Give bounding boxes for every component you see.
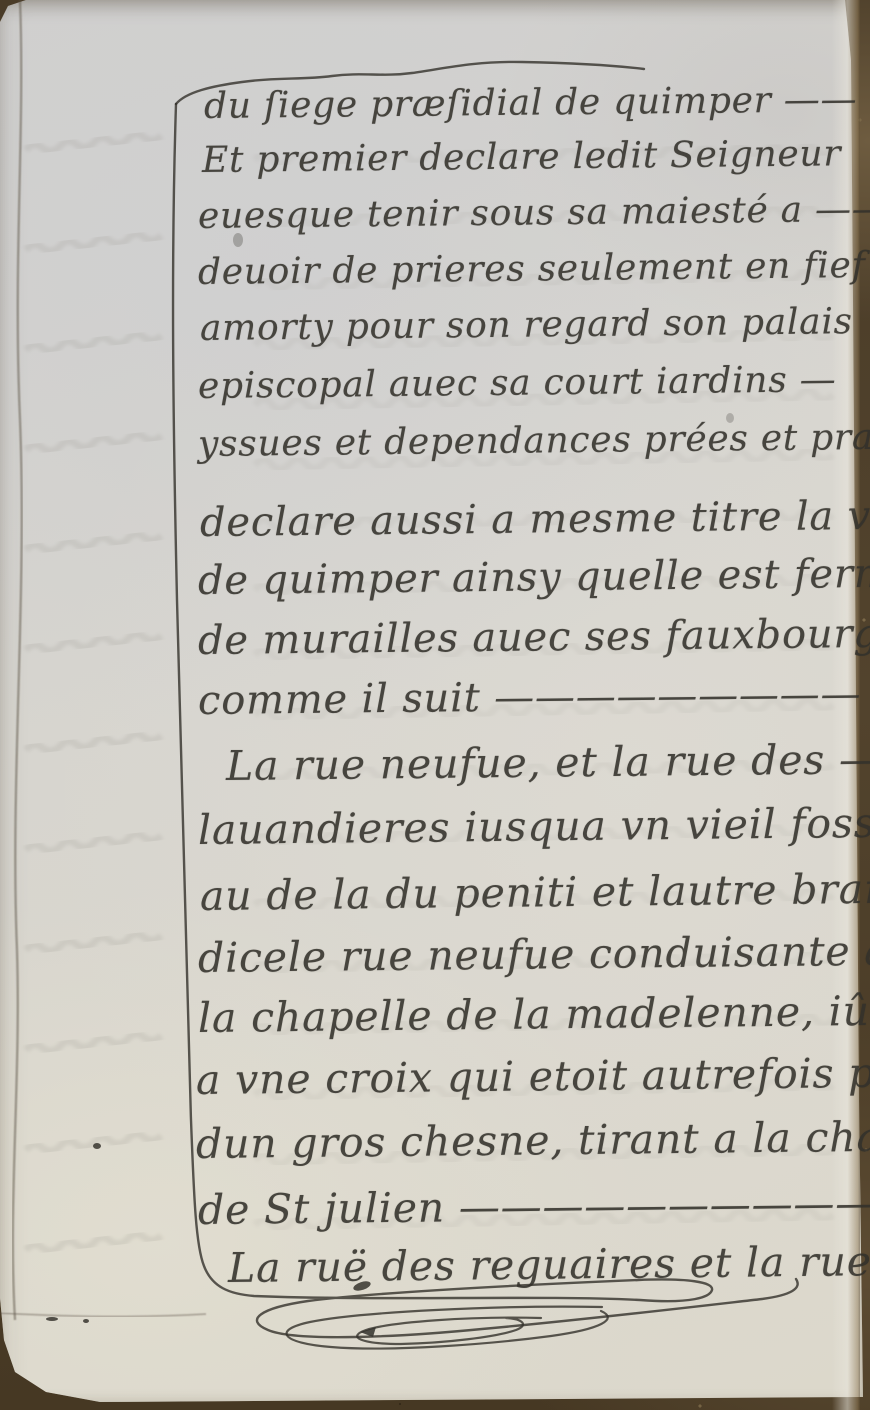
manuscript-line: comme il suit ————————— — [198, 671, 862, 724]
scanned-document: du ſiege præſidial de quimper ——Et premi… — [0, 0, 870, 1410]
manuscript-line: La rue neufue, et la rue des —— — [226, 735, 870, 790]
manuscript-line: dicele rue neufue conduisante a — [198, 927, 870, 982]
manuscript-line: declare aussi a mesme titre la ville — [200, 492, 870, 546]
manuscript-line: de St julien ——————————— — [198, 1178, 870, 1234]
manuscript-line: dun gros chesne, tirant a la chapelle — [196, 1112, 870, 1168]
manuscript-line: la chapelle de la madelenne, iûque — [198, 986, 870, 1042]
manuscript-line: au de la du peniti et lautre branche — [200, 864, 870, 920]
manuscript-line: yssues et dependances prées et prairies — [198, 416, 870, 465]
manuscript-line: Et premier declare ledit Seigneur — [202, 133, 842, 181]
manuscript-line: de quimper ainsy quelle est fermée — [198, 550, 870, 604]
manuscript-line: de murailles auec ses fauxbourgs — [198, 611, 870, 664]
manuscript-text: du ſiege præſidial de quimper ——Et premi… — [0, 0, 870, 1410]
manuscript-line: euesque tenir sous sa maiesté a ——— — [198, 188, 870, 237]
manuscript-line: La ruë des reguaires et la rue du — [228, 1237, 870, 1292]
manuscript-line: amorty pour son regard son palais — [200, 301, 853, 349]
manuscript-line: deuoir de prieres seulement en fief — [198, 245, 866, 293]
manuscript-line: du ſiege præſidial de quimper —— — [204, 79, 858, 127]
manuscript-line: a vne croix qui etoit autrefois pres — [196, 1048, 870, 1104]
manuscript-line: lauandieres iusqua vn vieil fossé — [198, 799, 870, 854]
manuscript-line: episcopal auec sa court iardins — — [198, 359, 837, 407]
